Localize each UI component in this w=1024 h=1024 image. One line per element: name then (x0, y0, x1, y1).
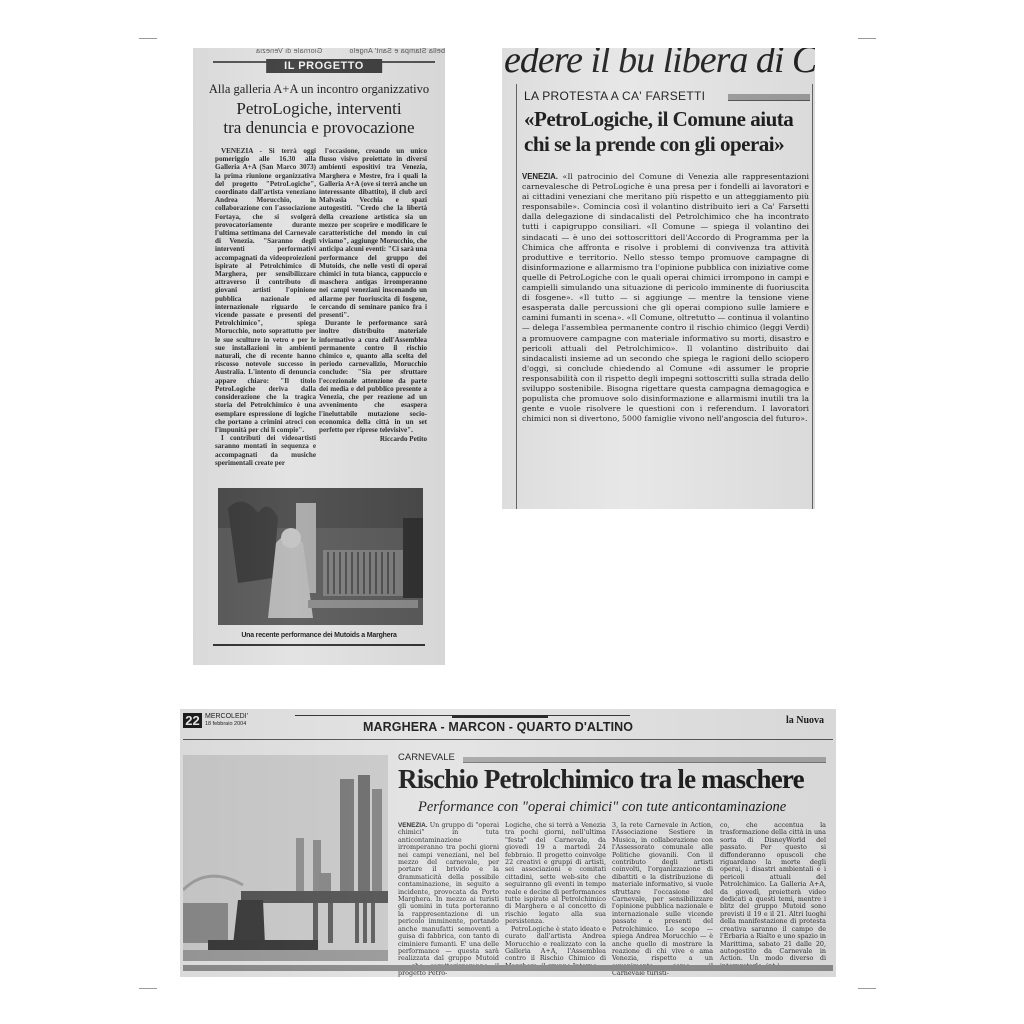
section-kicker: CARNEVALE (398, 752, 455, 763)
article-headline: Rischio Petrolchimico tra le maschere (398, 764, 804, 795)
article-column-2: Logiche, che si terrà a Venezia tra poch… (505, 822, 606, 970)
headline-line-2: chi se la prende con gli operai» (524, 132, 809, 157)
article-subhead: Alla galleria A+A un incontro organizzat… (193, 82, 445, 97)
page-number: 22 (183, 713, 202, 728)
mirrored-text-left: bella Stampa e Sant' Angelo (349, 48, 445, 55)
photo-caption: Una recente performance dei Mutoids a Ma… (193, 632, 445, 639)
mirrored-bleedthrough-text: bella Stampa e Sant' Angelo Giornale di … (193, 48, 445, 57)
performance-photo-illustration (218, 488, 423, 625)
crop-mark-bottom-right (858, 988, 876, 989)
dateline: VENEZIA. (522, 172, 558, 181)
paragraph: VENEZIA - Si terrà oggi pomeriggio alle … (215, 147, 316, 434)
article-subhead: Performance con "operai chimici" con tut… (418, 799, 786, 816)
article-column-1: VENEZIA - Si terrà oggi pomeriggio alle … (215, 147, 316, 467)
photo-industrial-chimneys (183, 755, 388, 961)
section-rule-thick (452, 715, 548, 718)
header-rule (183, 739, 833, 740)
clipping-il-progetto: bella Stampa e Sant' Angelo Giornale di … (193, 48, 445, 665)
cropped-banner-headline: edere il bu libera di Com (504, 48, 815, 82)
article-column-3: 3, la rete Carnevale in Action, l'Associ… (612, 822, 713, 977)
headline-line-1: PetroLogiche, interventi (193, 99, 445, 118)
paragraph: Logiche, che si terrà a Venezia tra poch… (505, 822, 606, 926)
mirrored-text-right: Giornale di Venezia (256, 48, 322, 55)
section-kicker: IL PROGETTO (266, 59, 382, 73)
bottom-band (183, 965, 833, 971)
crop-mark-top-left (139, 38, 157, 39)
kicker-bar (463, 757, 826, 763)
paragraph: co, che accentua la trasformazione della… (720, 822, 826, 970)
newspaper-name: la Nuova (786, 715, 824, 726)
article-column-1: VENEZIA. Un gruppo di "operai chimici" i… (398, 822, 499, 977)
headline-line-2: tra denuncia e provocazione (193, 118, 445, 137)
issue-date: 18 febbraio 2004 (205, 721, 246, 727)
photo-mutoids-performance (218, 488, 423, 625)
byline: Riccardo Petito (319, 435, 427, 443)
body-text: Un gruppo di "operai chimici" in tuta an… (398, 821, 499, 977)
paragraph: VENEZIA. Un gruppo di "operai chimici" i… (398, 822, 499, 977)
crop-mark-bottom-left (139, 988, 157, 989)
clipping-carnevale: 22 MERCOLEDI' 18 febbraio 2004 MARGHERA … (180, 709, 836, 977)
paragraph: I contributi dei videoartisti saranno mo… (215, 434, 316, 467)
article-column-2: l'occasione, creando un unico flusso vis… (319, 147, 427, 443)
clipping-la-protesta: edere il bu libera di Com LA PROTESTA A … (502, 48, 815, 509)
paragraph: PetroLogiche è stato ideato e curato dal… (505, 926, 606, 970)
article-body: VENEZIA. «Il patrocinio del Comune di Ve… (522, 172, 809, 424)
issue-day: MERCOLEDI' (205, 713, 248, 720)
chimneys-photo-illustration (183, 755, 388, 961)
article-headline: «PetroLogiche, il Comune aiuta chi se la… (524, 107, 809, 157)
kicker-rule: IL PROGETTO (213, 61, 435, 75)
kicker-bar (728, 94, 810, 101)
paragraph: 3, la rete Carnevale in Action, l'Associ… (612, 822, 713, 977)
headline-line-1: «PetroLogiche, il Comune aiuta (524, 107, 809, 132)
paragraph: l'occasione, creando un unico flusso vis… (319, 147, 427, 319)
bottom-rule (213, 644, 425, 646)
section-title: MARGHERA - MARCON - QUARTO D'ALTINO (363, 720, 633, 734)
article-headline: PetroLogiche, interventi tra denuncia e … (193, 99, 445, 137)
section-kicker: LA PROTESTA A CA' FARSETTI (524, 89, 705, 103)
body-text: «Il patrocinio del Comune di Venezia all… (522, 172, 809, 423)
paragraph: Durante le performance sarà inoltre dist… (319, 319, 427, 434)
crop-mark-top-right (858, 38, 876, 39)
article-column-4: co, che accentua la trasformazione della… (720, 822, 826, 970)
